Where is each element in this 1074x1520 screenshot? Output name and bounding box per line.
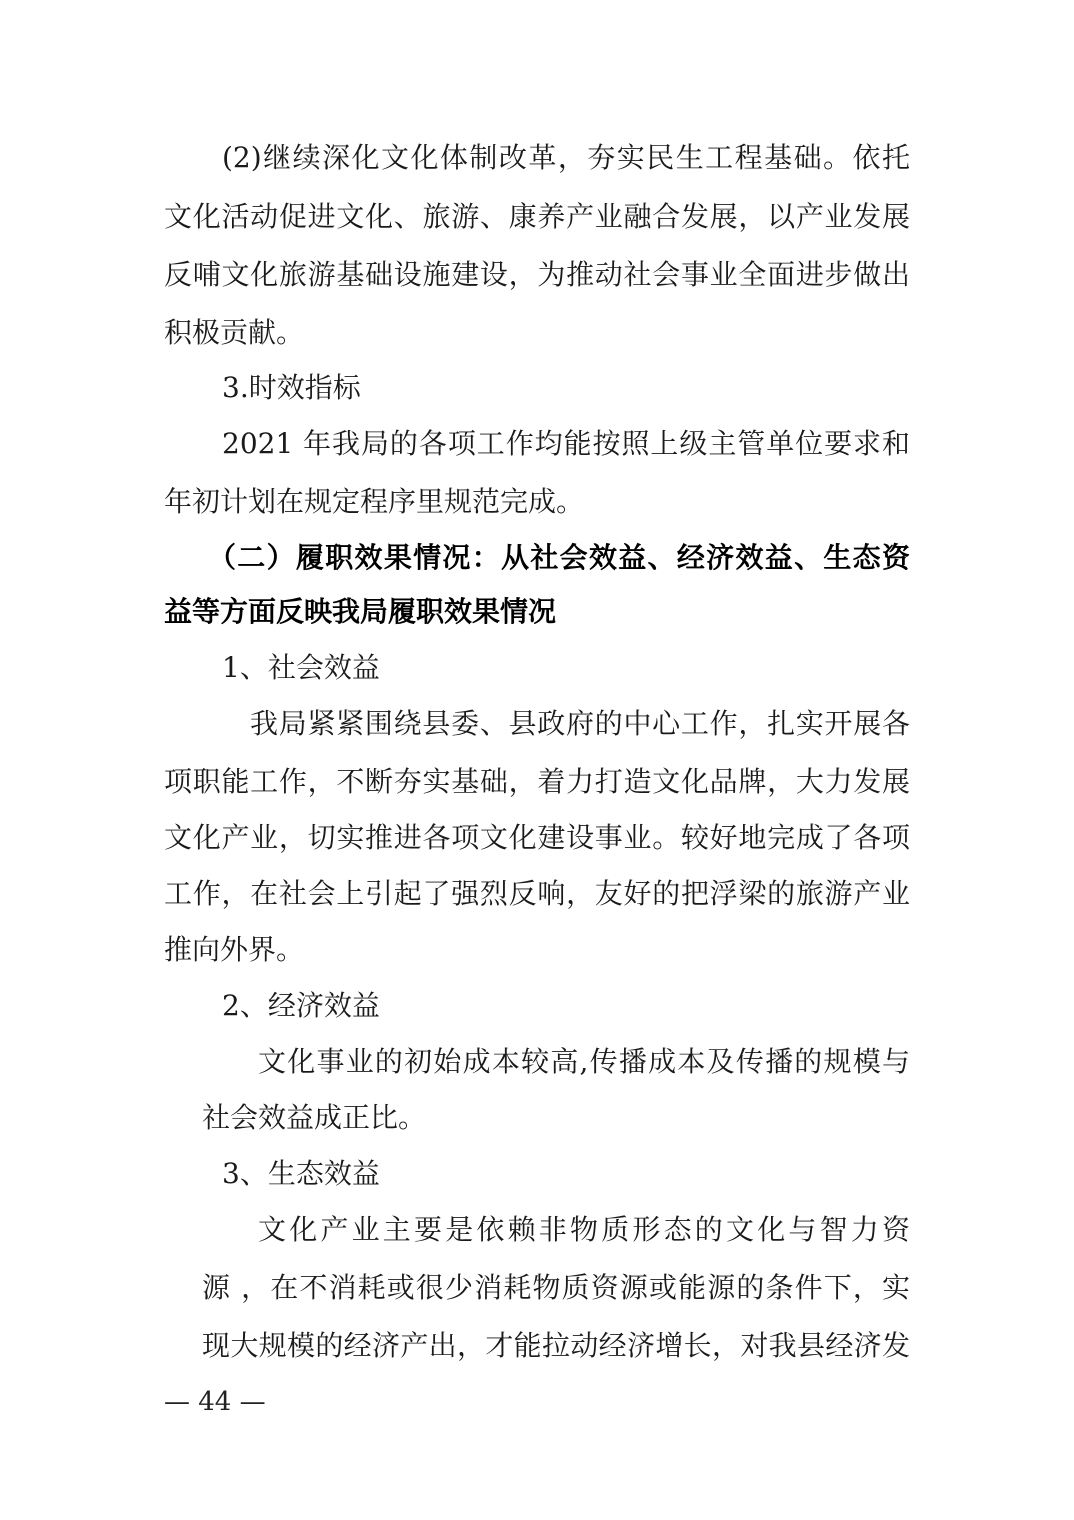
section-heading-line: （二）履职效果情况：从社会效益、经济效益、生态资 xyxy=(208,540,910,576)
text-line: 工作，在社会上引起了强烈反响，友好的把浮梁的旅游产业 xyxy=(164,876,910,912)
text-line: 文化产业主要是依赖非物质形态的文化与智力资 xyxy=(258,1212,910,1248)
text-line: 项职能工作，不断夯实基础，着力打造文化品牌，大力发展 xyxy=(164,764,910,800)
text-line: 我局紧紧围绕县委、县政府的中心工作，扎实开展各 xyxy=(250,706,910,742)
text-line: 社会效益成正比。 xyxy=(202,1100,426,1136)
text-line: 推向外界。 xyxy=(164,932,304,968)
text-line: 源 ，在不消耗或很少消耗物质资源或能源的条件下，实 xyxy=(202,1270,910,1306)
section-heading-line: 益等方面反映我局履职效果情况 xyxy=(164,594,556,630)
text-line: 2021 年我局的各项工作均能按照上级主管单位要求和 xyxy=(222,426,910,462)
text-line: 文化事业的初始成本较高,传播成本及传播的规模与 xyxy=(258,1044,910,1080)
document-page: (2)继续深化文化体制改革，夯实民生工程基础。依托文化活动促进文化、旅游、康养产… xyxy=(0,0,1074,1520)
text-line: 积极贡献。 xyxy=(164,315,304,351)
subsection-heading: 1、社会效益 xyxy=(222,650,380,686)
text-line: 反哺文化旅游基础设施建设，为推动社会事业全面进步做出 xyxy=(164,257,910,293)
subsection-heading: 3、生态效益 xyxy=(222,1156,380,1192)
text-line: 文化产业，切实推进各项文化建设事业。较好地完成了各项 xyxy=(164,820,910,856)
text-line: 年初计划在规定程序里规范完成。 xyxy=(164,484,584,520)
subsection-heading: 2、经济效益 xyxy=(222,988,380,1024)
subsection-heading: 3.时效指标 xyxy=(222,370,361,406)
page-number: — 44 — xyxy=(164,1386,266,1418)
text-line: 现大规模的经济产出，才能拉动经济增长，对我县经济发 xyxy=(202,1328,910,1364)
text-line: 文化活动促进文化、旅游、康养产业融合发展，以产业发展 xyxy=(164,199,910,235)
text-line: (2)继续深化文化体制改革，夯实民生工程基础。依托 xyxy=(222,140,910,176)
